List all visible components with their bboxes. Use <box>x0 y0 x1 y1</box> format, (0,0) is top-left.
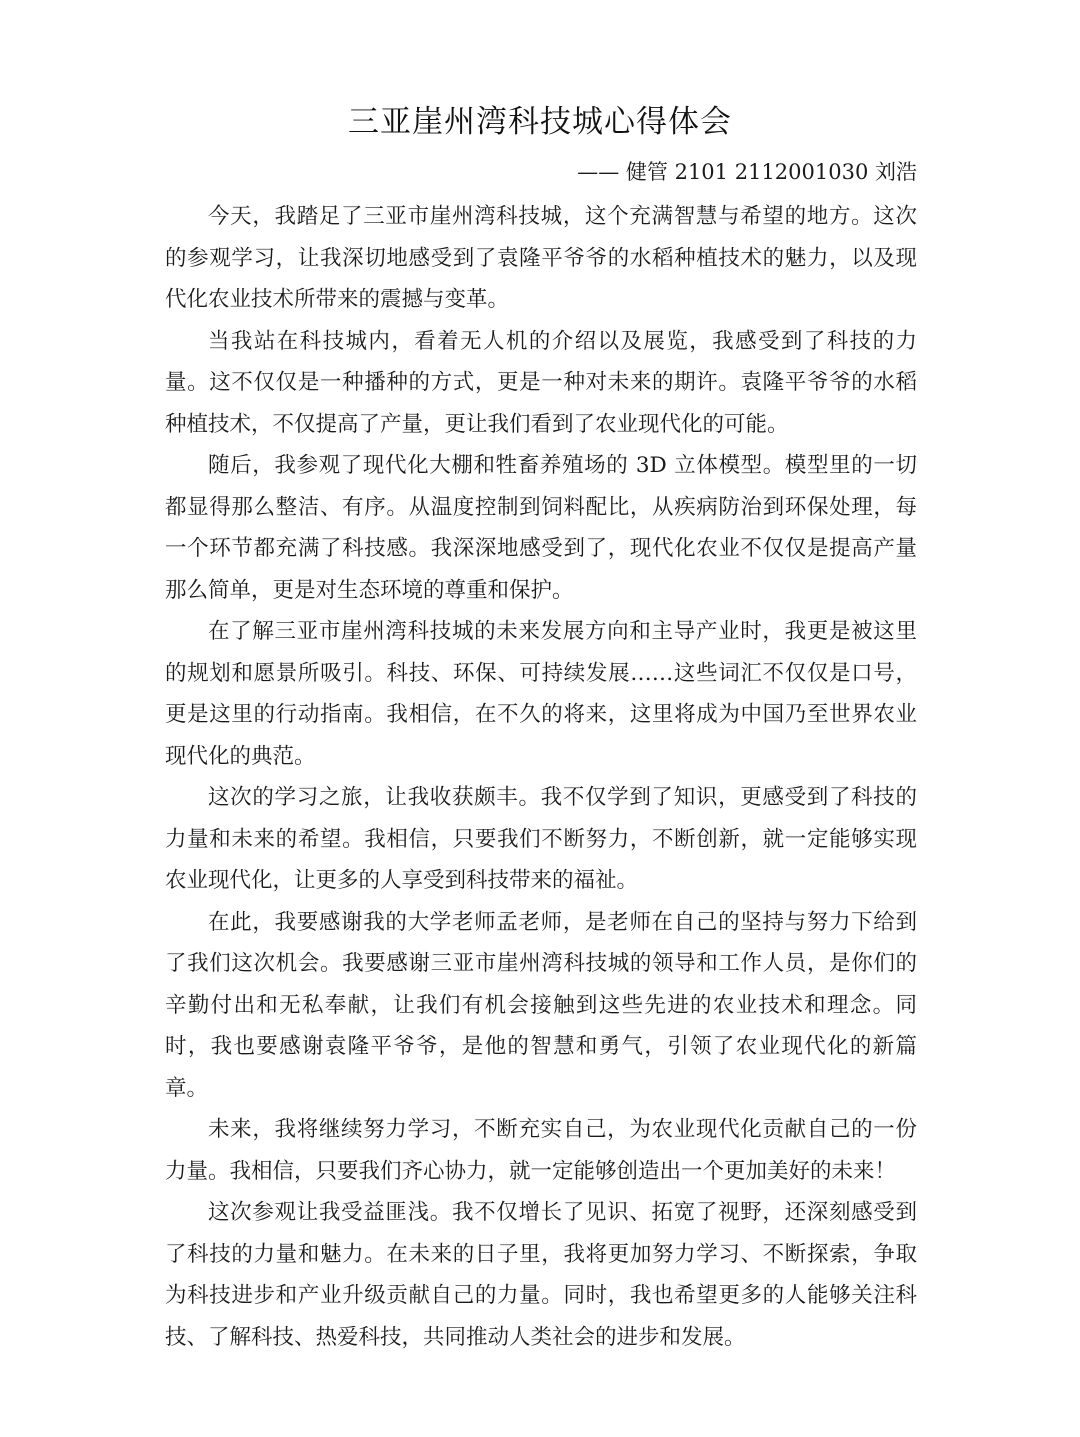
author-byline: —— 健管 2101 2112001030 刘浩 <box>577 154 917 190</box>
paragraph: 未来，我将继续努力学习，不断充实自己，为农业现代化贡献自己的一份力量。我相信，只… <box>165 1109 917 1192</box>
document-page: 三亚崖州湾科技城心得体会 —— 健管 2101 2112001030 刘浩 今天… <box>0 0 1080 1437</box>
document-body: 今天，我踏足了三亚市崖州湾科技城，这个充满智慧与希望的地方。这次的参观学习，让我… <box>165 196 917 1358</box>
paragraph: 这次参观让我受益匪浅。我不仅增长了见识、拓宽了视野，还深刻感受到了科技的力量和魅… <box>165 1192 917 1358</box>
paragraph: 这次的学习之旅，让我收获颇丰。我不仅学到了知识，更感受到了科技的力量和未来的希望… <box>165 777 917 902</box>
paragraph: 在此，我要感谢我的大学老师孟老师，是老师在自己的坚持与努力下给到了我们这次机会。… <box>165 902 917 1110</box>
paragraph: 在了解三亚市崖州湾科技城的未来发展方向和主导产业时，我更是被这里的规划和愿景所吸… <box>165 611 917 777</box>
paragraph: 随后，我参观了现代化大棚和牲畜养殖场的 3D 立体模型。模型里的一切都显得那么整… <box>165 445 917 611</box>
document-title: 三亚崖州湾科技城心得体会 <box>0 100 1080 144</box>
paragraph: 今天，我踏足了三亚市崖州湾科技城，这个充满智慧与希望的地方。这次的参观学习，让我… <box>165 196 917 321</box>
paragraph: 当我站在科技城内，看着无人机的介绍以及展览，我感受到了科技的力量。这不仅仅是一种… <box>165 321 917 446</box>
